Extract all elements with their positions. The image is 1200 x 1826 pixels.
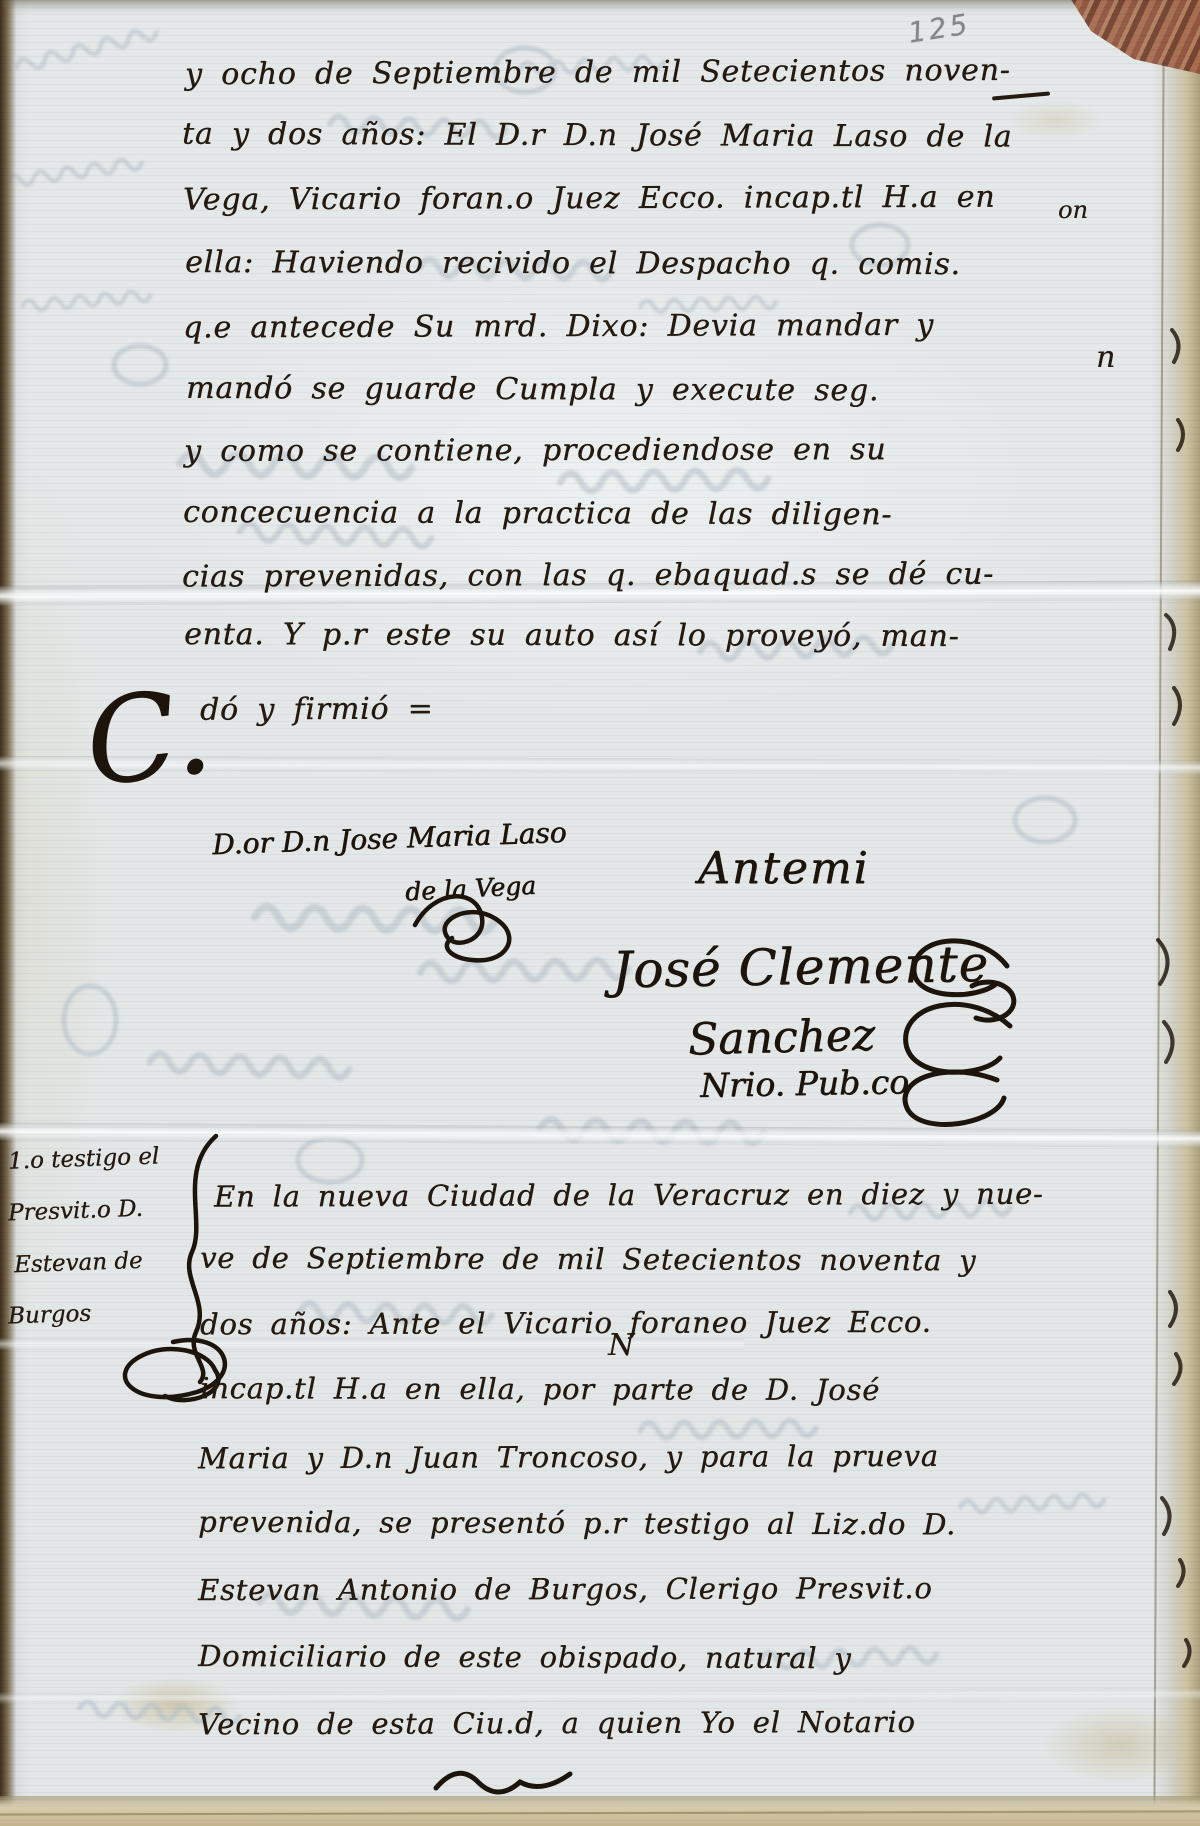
adjacent-page-ink-fragments bbox=[0, 0, 1200, 1826]
manuscript-page: 125 y ocho de Septiembre de mil Setecien… bbox=[0, 0, 1200, 1826]
